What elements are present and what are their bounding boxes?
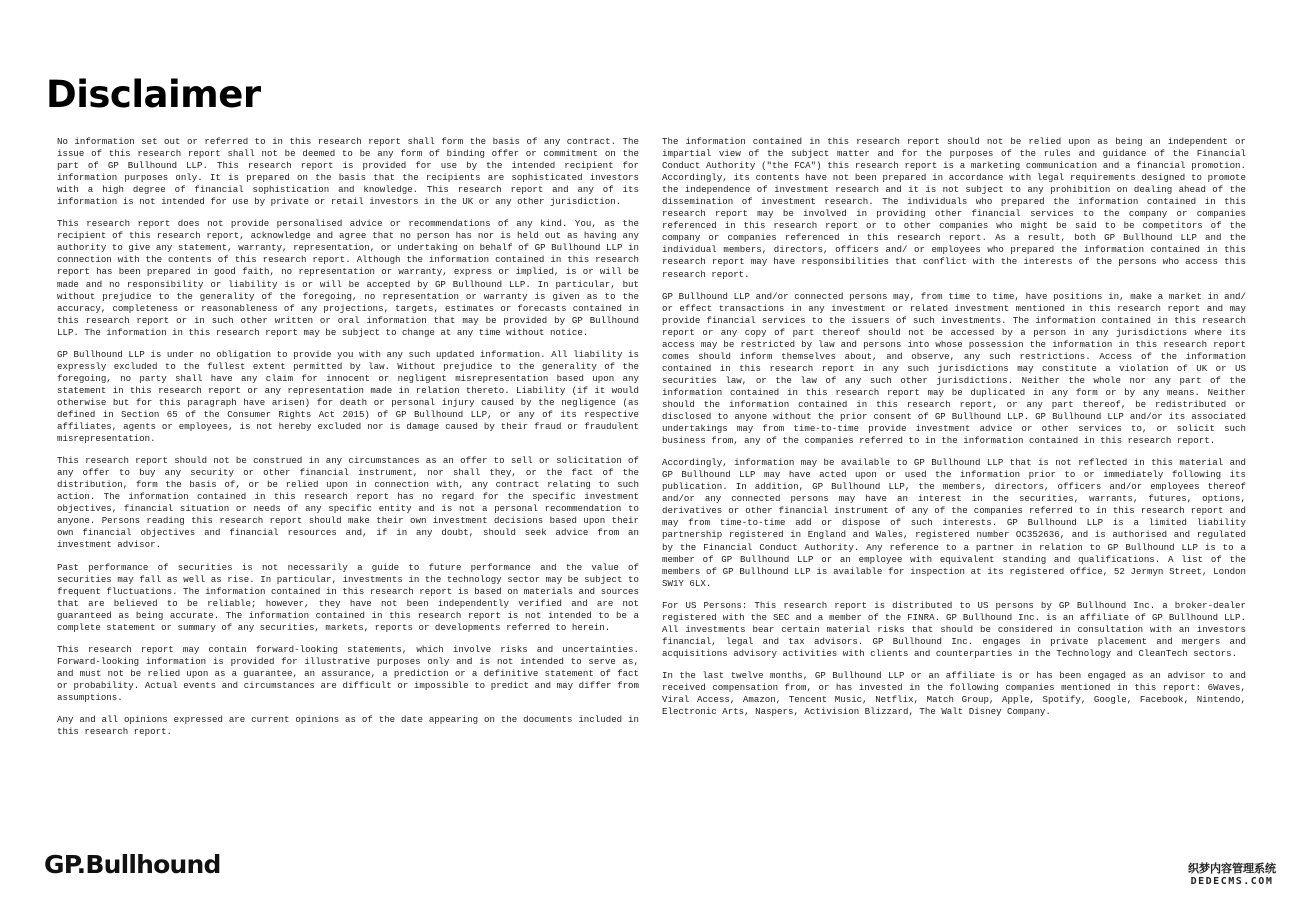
left-column: No information set out or referred to in…	[57, 136, 639, 748]
disclaimer-paragraph: For US Persons: This research report is …	[662, 600, 1246, 660]
disclaimer-paragraph: Accordingly, information may be availabl…	[662, 457, 1246, 590]
disclaimer-paragraph: Past performance of securities is not ne…	[57, 562, 639, 634]
disclaimer-paragraph: This research report may contain forward…	[57, 644, 639, 704]
disclaimer-paragraph: This research report should not be const…	[57, 455, 639, 551]
disclaimer-paragraph: Any and all opinions expressed are curre…	[57, 714, 639, 738]
disclaimer-paragraph: GP Bullhound LLP and/or connected person…	[662, 291, 1246, 448]
watermark-chinese-text: 织梦内容管理系统	[1188, 862, 1276, 875]
disclaimer-paragraph: The information contained in this resear…	[662, 136, 1246, 281]
disclaimer-paragraph: GP Bullhound LLP is under no obligation …	[57, 349, 639, 445]
right-column: The information contained in this resear…	[662, 136, 1246, 728]
page-title: Disclaimer	[46, 72, 261, 118]
disclaimer-paragraph: No information set out or referred to in…	[57, 136, 639, 208]
disclaimer-paragraph: This research report does not provide pe…	[57, 218, 639, 338]
gp-bullhound-logo: GP.Bullhound	[44, 850, 221, 880]
watermark-english-text: DEDECMS.COM	[1188, 875, 1276, 888]
disclaimer-paragraph: In the last twelve months, GP Bullhound …	[662, 670, 1246, 718]
dedecms-watermark: 织梦内容管理系统 DEDECMS.COM	[1188, 862, 1276, 888]
